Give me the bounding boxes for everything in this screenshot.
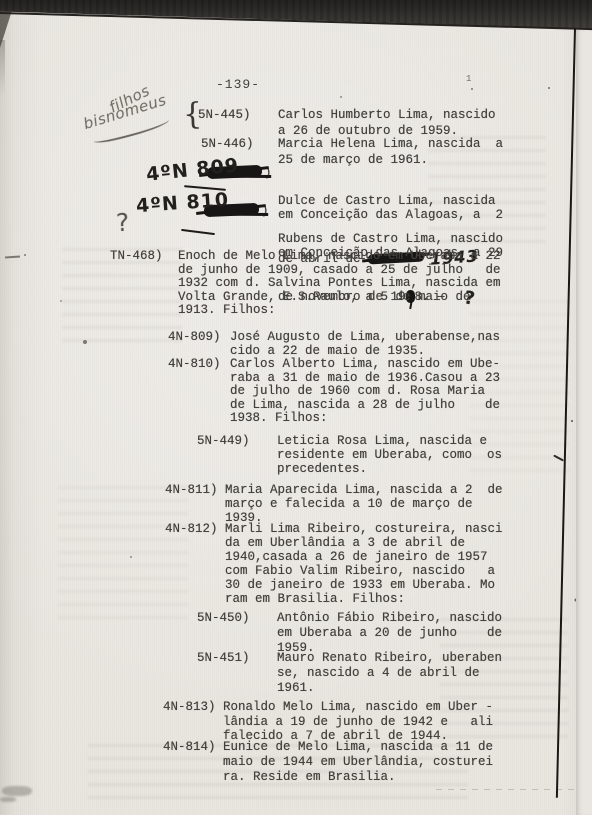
entry-text: Carlos Humberto Lima, nascido a 26 de ou…: [278, 108, 496, 139]
left-margin-shading: [0, 0, 55, 815]
entry-4n-809: 4N-809) José Augusto de Lima, uberabense…: [168, 331, 500, 358]
entry-4n-814: 4N-814) Eunice de Melo Lima, nascida a 1…: [163, 740, 493, 785]
handwritten-brace: {: [182, 97, 202, 133]
page-right-margin-strip: [576, 30, 592, 815]
entry-id-label: 5N-445): [198, 108, 278, 124]
corner-smudge: [0, 797, 16, 802]
scan-scratch-line: [436, 789, 592, 790]
entry-id-label: 5N-449): [197, 434, 277, 448]
entry-text: Carlos Alberto Lima, nascido em Ube- rab…: [230, 358, 500, 426]
entry-5n-449: 5N-449) Leticia Rosa Lima, nascida e res…: [197, 434, 502, 476]
entry-text: Ronaldo Melo Lima, nascido em Uber - lân…: [223, 700, 493, 744]
scan-edge-streak: [0, 40, 5, 95]
entry-4n-810: 4N-810) Carlos Alberto Lima, nascido em …: [168, 358, 500, 426]
entry-5n-445: 5N-445) Carlos Humberto Lima, nascido a …: [198, 108, 496, 139]
entry-text: Marli Lima Ribeiro, costureira, nasci da…: [225, 522, 503, 606]
entry-5n-446: 5N-446) Marcia Helena Lima, nascida a 25…: [201, 137, 503, 168]
entry-id-label: 5N-451): [197, 651, 277, 666]
page-number: -139-: [216, 77, 260, 92]
corner-smudge: [2, 786, 32, 796]
entry-4n-813: 4N-813) Ronaldo Melo Lima, nascido em Ub…: [163, 700, 493, 744]
entry-4n-812: 4N-812) Marli Lima Ribeiro, costureira, …: [165, 522, 503, 606]
entry-5n-450: 5N-450) Antônio Fábio Ribeiro, nascido e…: [197, 611, 502, 656]
entry-id-label: 5N-446): [201, 137, 278, 153]
entry-text: Marcia Helena Lima, nascida a 25 de març…: [278, 137, 503, 168]
entry-text: Antônio Fábio Ribeiro, nascido em Uberab…: [277, 611, 502, 656]
entry-text: Mauro Renato Ribeiro, uberaben se, nasci…: [277, 651, 502, 696]
entry-id-label: 4N-813): [163, 700, 223, 715]
entry-text: Leticia Rosa Lima, nascida e residente e…: [277, 434, 502, 476]
entry-id-label: 4N-811): [165, 483, 225, 497]
handwritten-question-mark-left: ?: [115, 208, 130, 238]
entry-5n-451: 5N-451) Mauro Renato Ribeiro, uberaben s…: [197, 651, 502, 696]
entry-tn-468: TN-468) Enoch de Melo Lima, nascido em U…: [110, 250, 501, 318]
entry-id-label: TN-468): [110, 250, 178, 264]
entry-4n-811: 4N-811) Maria Aparecida Lima, nascida a …: [165, 483, 503, 525]
entry-text: Maria Aparecida Lima, nascida a 2 de mar…: [225, 483, 503, 525]
entry-text: Eunice de Melo Lima, nascida a 11 de mai…: [223, 740, 493, 785]
entry-id-label: 4N-809): [168, 331, 230, 345]
entry-id-label: 4N-810): [168, 358, 230, 372]
entry-text: Enoch de Melo Lima, nascido em Uberaba a…: [178, 250, 501, 318]
entry-id-label: 4N-812): [165, 522, 225, 536]
entry-id-label: 5N-450): [197, 611, 277, 626]
entry-id-label: 4N-814): [163, 740, 223, 755]
stray-mark: 1: [466, 74, 471, 84]
scanned-page: -139- 1 5N-445) Carlos Humberto Lima, na…: [0, 0, 592, 815]
entry-text: José Augusto de Lima, uberabense,nas cid…: [230, 331, 500, 358]
